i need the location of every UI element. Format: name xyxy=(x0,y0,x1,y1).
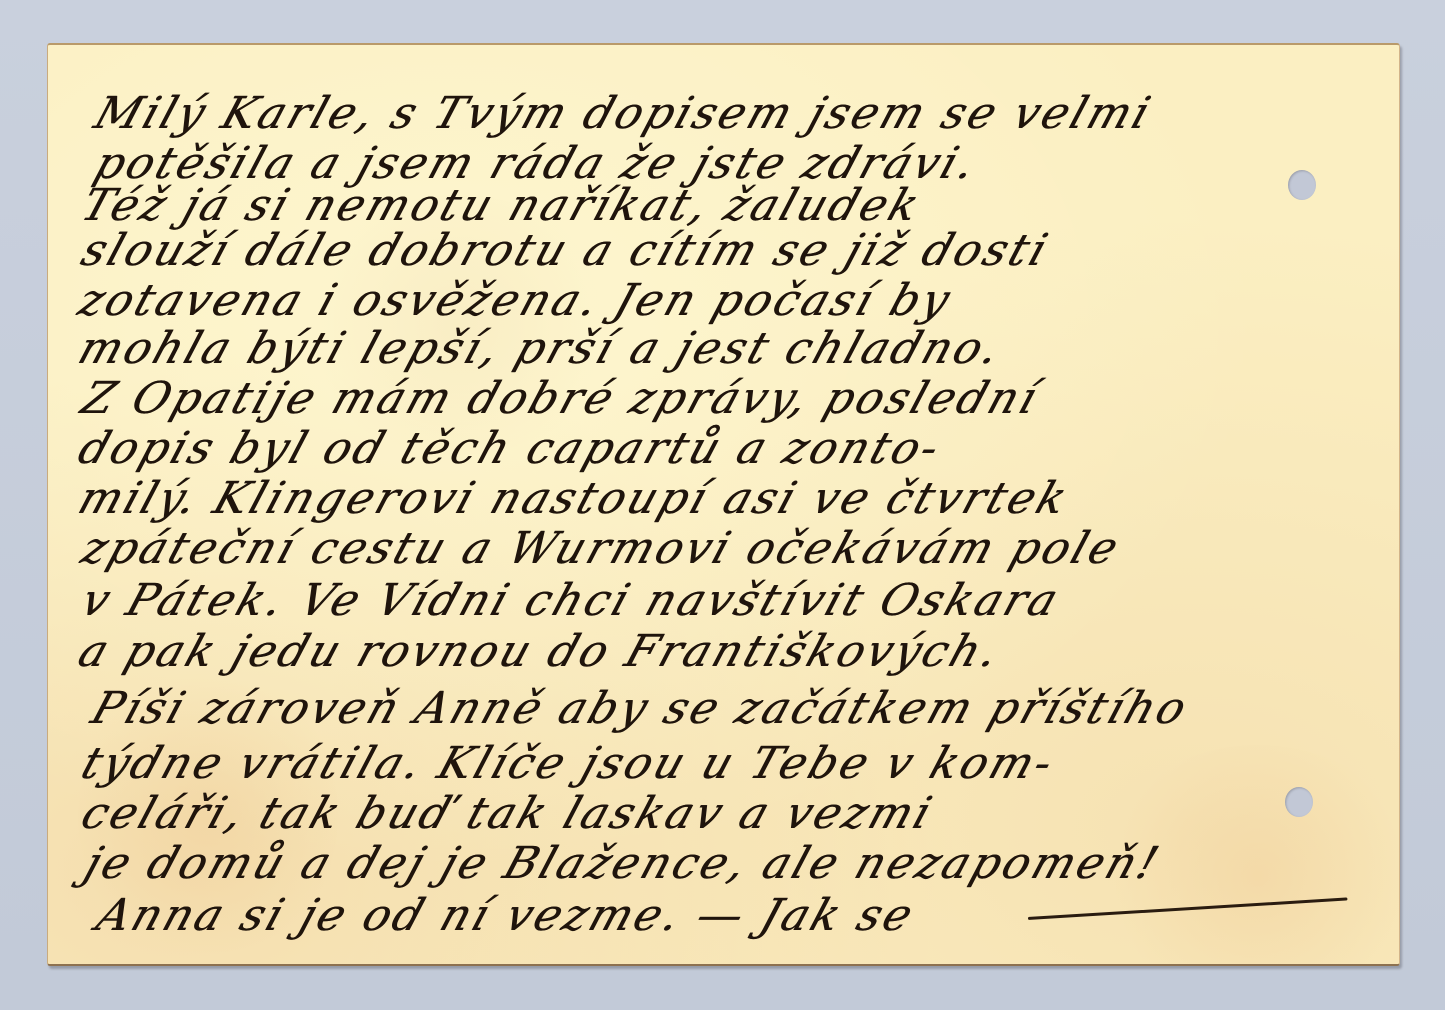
handwritten-line-17: Anna si je od ní vezme. — Jak se xyxy=(91,894,920,938)
underline-nezapomen xyxy=(1028,897,1348,920)
handwritten-line-1: Milý Karle, s Tvým dopisem jsem se velmi xyxy=(89,92,1157,136)
handwritten-line-9: milý. Klingerovi nastoupí asi ve čtvrtek xyxy=(73,477,1074,521)
handwritten-line-16: je domů a dej je Blažence, ale nezapomeň… xyxy=(79,842,1166,886)
handwritten-line-3: Též já si nemotu naříkat, žaludek xyxy=(76,184,926,228)
handwritten-line-7: Z Opatije mám dobré zprávy, poslední xyxy=(76,377,1045,421)
punch-hole-bottom xyxy=(1285,787,1313,817)
handwritten-line-14: týdne vrátila. Klíče jsou u Tebe v kom- xyxy=(76,742,1060,786)
postcard: Milý Karle, s Tvým dopisem jsem se velmi… xyxy=(47,43,1400,966)
punch-hole-top xyxy=(1288,170,1316,200)
handwritten-line-8: dopis byl od těch capartů a zonto- xyxy=(73,427,947,471)
handwritten-line-12: a pak jedu rovnou do Františkových. xyxy=(73,630,1006,674)
handwritten-line-5: zotavena i osvěžena. Jen počasí by xyxy=(73,279,957,323)
handwritten-line-13: Píši zároveň Anně aby se začátkem příští… xyxy=(86,687,1194,731)
handwritten-line-15: celáři, tak buď tak laskav a vezmi xyxy=(76,792,939,836)
handwritten-line-11: v Pátek. Ve Vídni chci navštívit Oskara xyxy=(76,579,1065,623)
handwritten-line-6: mohla býti lepší, prší a jest chladno. xyxy=(73,327,1007,371)
handwritten-line-4: slouží dále dobrotu a cítím se již dosti xyxy=(76,229,1055,273)
handwritten-line-10: zpáteční cestu a Wurmovi očekávám pole xyxy=(76,527,1126,571)
